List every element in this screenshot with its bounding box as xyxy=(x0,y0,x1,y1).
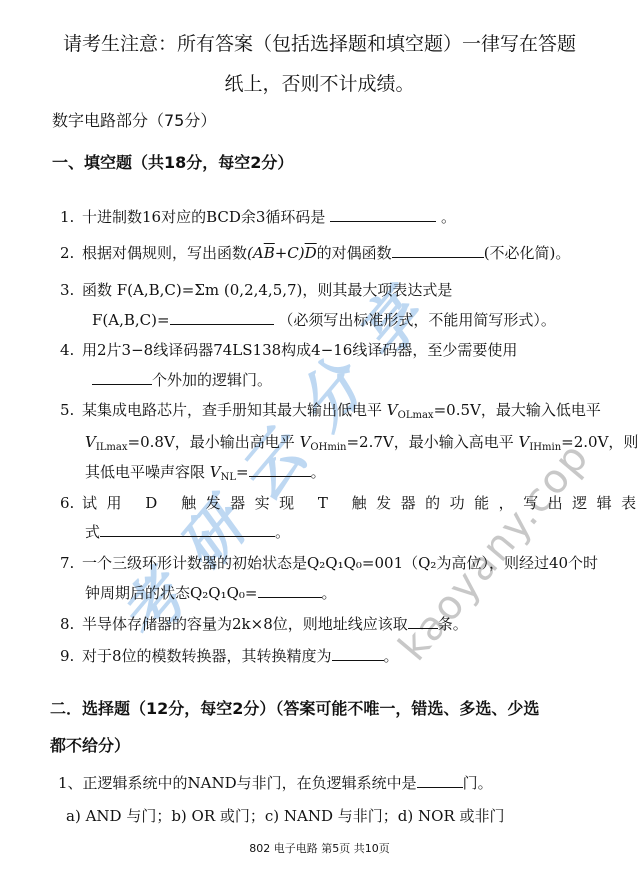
question-3: 3.函数 F(A,B,C)=Σm (0,2,4,5,7)，则其最大项表达式是 xyxy=(60,280,452,300)
answer-blank-9[interactable] xyxy=(332,646,384,661)
question-4: 4.用2片3−8线译码器74LS138构成4−16线译码器，至少需要使用 xyxy=(60,340,517,360)
notice-line-1: 请考生注意：所有答案（包括选择题和填空题）一律写在答题 xyxy=(0,32,639,56)
section1-title: 一、填空题（共18分，每空2分） xyxy=(52,153,293,173)
choice-question-1-options: a) AND 与门；b) OR 或门；c) NAND 与非门；d) NOR 或非… xyxy=(66,806,505,826)
question-4-line-2: 个外加的逻辑门。 xyxy=(92,370,272,390)
question-6: 6.试用 D 触发器实现 T 触发器的功能，写出逻辑表达 xyxy=(60,493,639,513)
answer-blank-6[interactable] xyxy=(100,522,275,537)
question-7-line-2: 钟周期后的状态Q₂Q₁Q₀=。 xyxy=(85,583,337,603)
question-8: 8.半导体存储器的容量为2k×8位，则地址线应该取条。 xyxy=(60,614,468,634)
question-2: 2.根据对偶规则，写出函数(AB+C)D的对偶函数(不必化简)。 xyxy=(60,243,570,263)
question-5-line-3: 其低电平噪声容限 VNL=。 xyxy=(85,462,326,482)
answer-blank-5[interactable] xyxy=(249,462,311,477)
answer-blank-7[interactable] xyxy=(258,583,322,598)
choice-question-1: 1、正逻辑系统中的NAND与非门，在负逻辑系统中是门。 xyxy=(58,773,493,793)
watermark-url: kaoyany.cop xyxy=(390,434,598,670)
question-5-line-2: VILmax=0.8V，最小输出高电平 VOHmin=2.7V，最小输入高电平 … xyxy=(85,432,638,452)
question-5: 5.某集成电路芯片，查手册知其最大输出低电平 VOLmax=0.5V，最大输入低… xyxy=(60,400,601,420)
answer-blank-8[interactable] xyxy=(408,614,438,629)
section2-title: 二．选择题（12分，每空2分）（答案可能不唯一，错选、多选、少选 xyxy=(50,699,539,719)
section2-title-line-2: 都不给分） xyxy=(50,736,130,756)
page-footer: 802 电子电路 第5页 共10页 xyxy=(0,839,639,859)
answer-blank-2[interactable] xyxy=(392,243,484,258)
answer-blank-choice-1[interactable] xyxy=(417,773,463,788)
question-7: 7.一个三级环形计数器的初始状态是Q₂Q₁Q₀=001（Q₂为高位），则经过40… xyxy=(60,553,598,573)
answer-blank-3[interactable] xyxy=(170,310,274,325)
question-1: 1.十进制数16对应的BCD余3循环码是 。 xyxy=(60,207,456,227)
question-3-line-2: F(A,B,C)= （必须写出标准形式，不能用简写形式）。 xyxy=(92,310,556,330)
part-title: 数字电路部分（75分） xyxy=(52,111,216,131)
exam-page: 考研云分享 kaoyany.cop 请考生注意：所有答案（包括选择题和填空题）一… xyxy=(0,0,639,879)
question-9: 9.对于8位的模数转换器，其转换精度为。 xyxy=(60,646,399,666)
answer-blank-1[interactable] xyxy=(330,207,436,222)
notice-line-2: 纸上，否则不计成绩。 xyxy=(0,72,639,96)
question-6-line-2: 式。 xyxy=(85,522,290,542)
answer-blank-4[interactable] xyxy=(92,370,152,385)
